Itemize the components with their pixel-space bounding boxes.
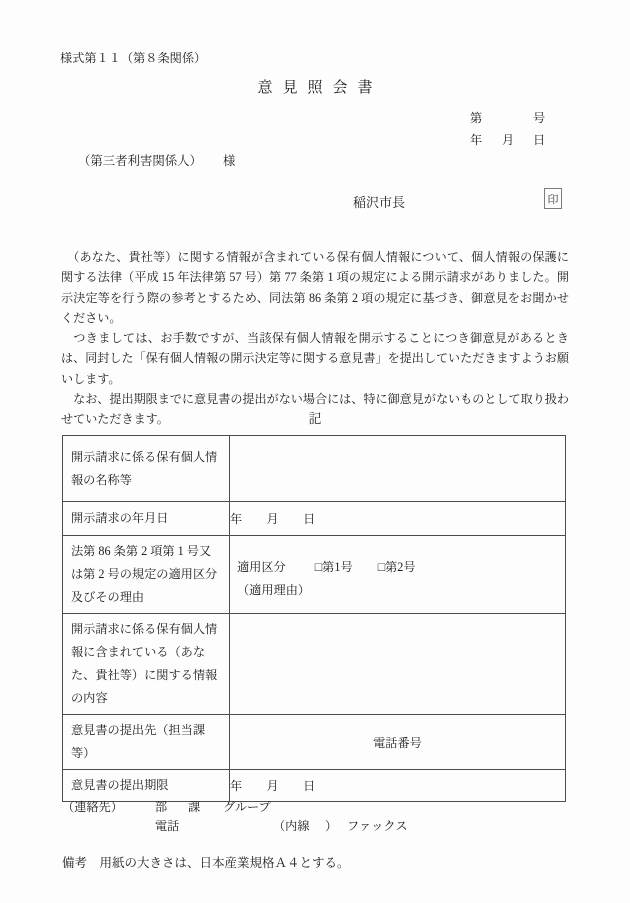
document-page: 様式第１１（第８条関係） 意見照会書 第 号 年 月 日 （第三者利害関係人） …: [0, 0, 630, 903]
doc-number-prefix: 第: [470, 109, 482, 126]
form-table: 開示請求に係る保有個人情報の名称等 開示請求の年月日 年 月 日 法第 86 条…: [62, 435, 566, 802]
apply-category-cell: 適用区分 □第1号 □第2号 （適用理由）: [230, 547, 565, 602]
table-row: 意見書の提出期限 年 月 日: [63, 770, 566, 802]
row-value-info-content: [230, 614, 566, 715]
table-row: 法第 86 条第 2 項第 1 号又は第 2 号の規定の適用区分及びその理由 適…: [63, 536, 566, 614]
table-row: 開示請求に係る保有個人情報に含まれている（あなた、貴社等）に関する情報の内容: [63, 614, 566, 715]
sender-name: 稲沢市長: [353, 192, 405, 211]
contact-fax-label: ファックス: [347, 817, 408, 834]
doc-number-suffix: 号: [533, 109, 545, 126]
contact-label: （連絡先）: [62, 798, 123, 815]
row-label-submit-to: 意見書の提出先（担当課等）: [63, 715, 229, 769]
body-paragraph-1: （あなた、貴社等）に関する情報が含まれている保有個人情報について、個人情報の保護…: [61, 247, 569, 328]
row-value-request-date: 年 月 日: [230, 502, 566, 536]
apply-category-label: 適用区分: [237, 560, 286, 574]
row-label-request-date: 開示請求の年月日: [63, 503, 229, 534]
contact-section-label: 課: [188, 798, 200, 815]
seal-mark-icon: 印: [544, 188, 562, 209]
date-day-label: 日: [533, 131, 545, 148]
addressee-honorific: 様: [223, 151, 235, 169]
row-value-deadline: 年 月 日: [230, 770, 566, 802]
apply-option-1-label: 第1号: [322, 560, 352, 574]
table-row: 開示請求の年月日 年 月 日: [63, 502, 566, 536]
body-paragraph-2: つきましては、お手数ですが、当該保有個人情報を開示することにつき御意見があるとき…: [61, 328, 569, 389]
date-year-label: 年: [470, 131, 482, 148]
date-month-label: 月: [502, 131, 514, 148]
contact-extension-open: （内線: [273, 817, 310, 834]
contact-extension-close: ）: [325, 817, 337, 834]
row-value-phone-number-label: 電話番号: [230, 715, 566, 770]
page-title: 意見照会書: [0, 76, 630, 97]
apply-option-1: □第1号: [315, 560, 353, 574]
form-code: 様式第１１（第８条関係）: [60, 49, 206, 66]
row-label-deadline: 意見書の提出期限: [63, 770, 229, 801]
row-label-held-info-name: 開示請求に係る保有個人情報の名称等: [63, 442, 229, 496]
row-label-apply-category: 法第 86 条第 2 項第 1 号又は第 2 号の規定の適用区分及びその理由: [63, 536, 229, 613]
contact-group-label: グループ: [223, 798, 271, 815]
table-row: 開示請求に係る保有個人情報の名称等: [63, 436, 566, 502]
checkbox-no2-icon: □: [378, 560, 385, 574]
contact-dept-label: 部: [155, 798, 167, 815]
remark-note: 備考 用紙の大きさは、日本産業規格Ａ４とする。: [62, 853, 350, 871]
table-row: 意見書の提出先（担当課等） 電話番号: [63, 715, 566, 770]
apply-reason-label: （適用理由）: [237, 579, 559, 602]
apply-option-2: □第2号: [378, 560, 416, 574]
apply-option-2-label: 第2号: [385, 560, 415, 574]
row-label-info-content: 開示請求に係る保有個人情報に含まれている（あなた、貴社等）に関する情報の内容: [63, 614, 229, 714]
record-marker: 記: [0, 408, 630, 427]
body-text: （あなた、貴社等）に関する情報が含まれている保有個人情報について、個人情報の保護…: [61, 247, 569, 430]
addressee-name: （第三者利害関係人）: [78, 151, 202, 169]
contact-phone-label: 電話: [155, 817, 179, 834]
row-value-held-info-name: [230, 436, 566, 502]
